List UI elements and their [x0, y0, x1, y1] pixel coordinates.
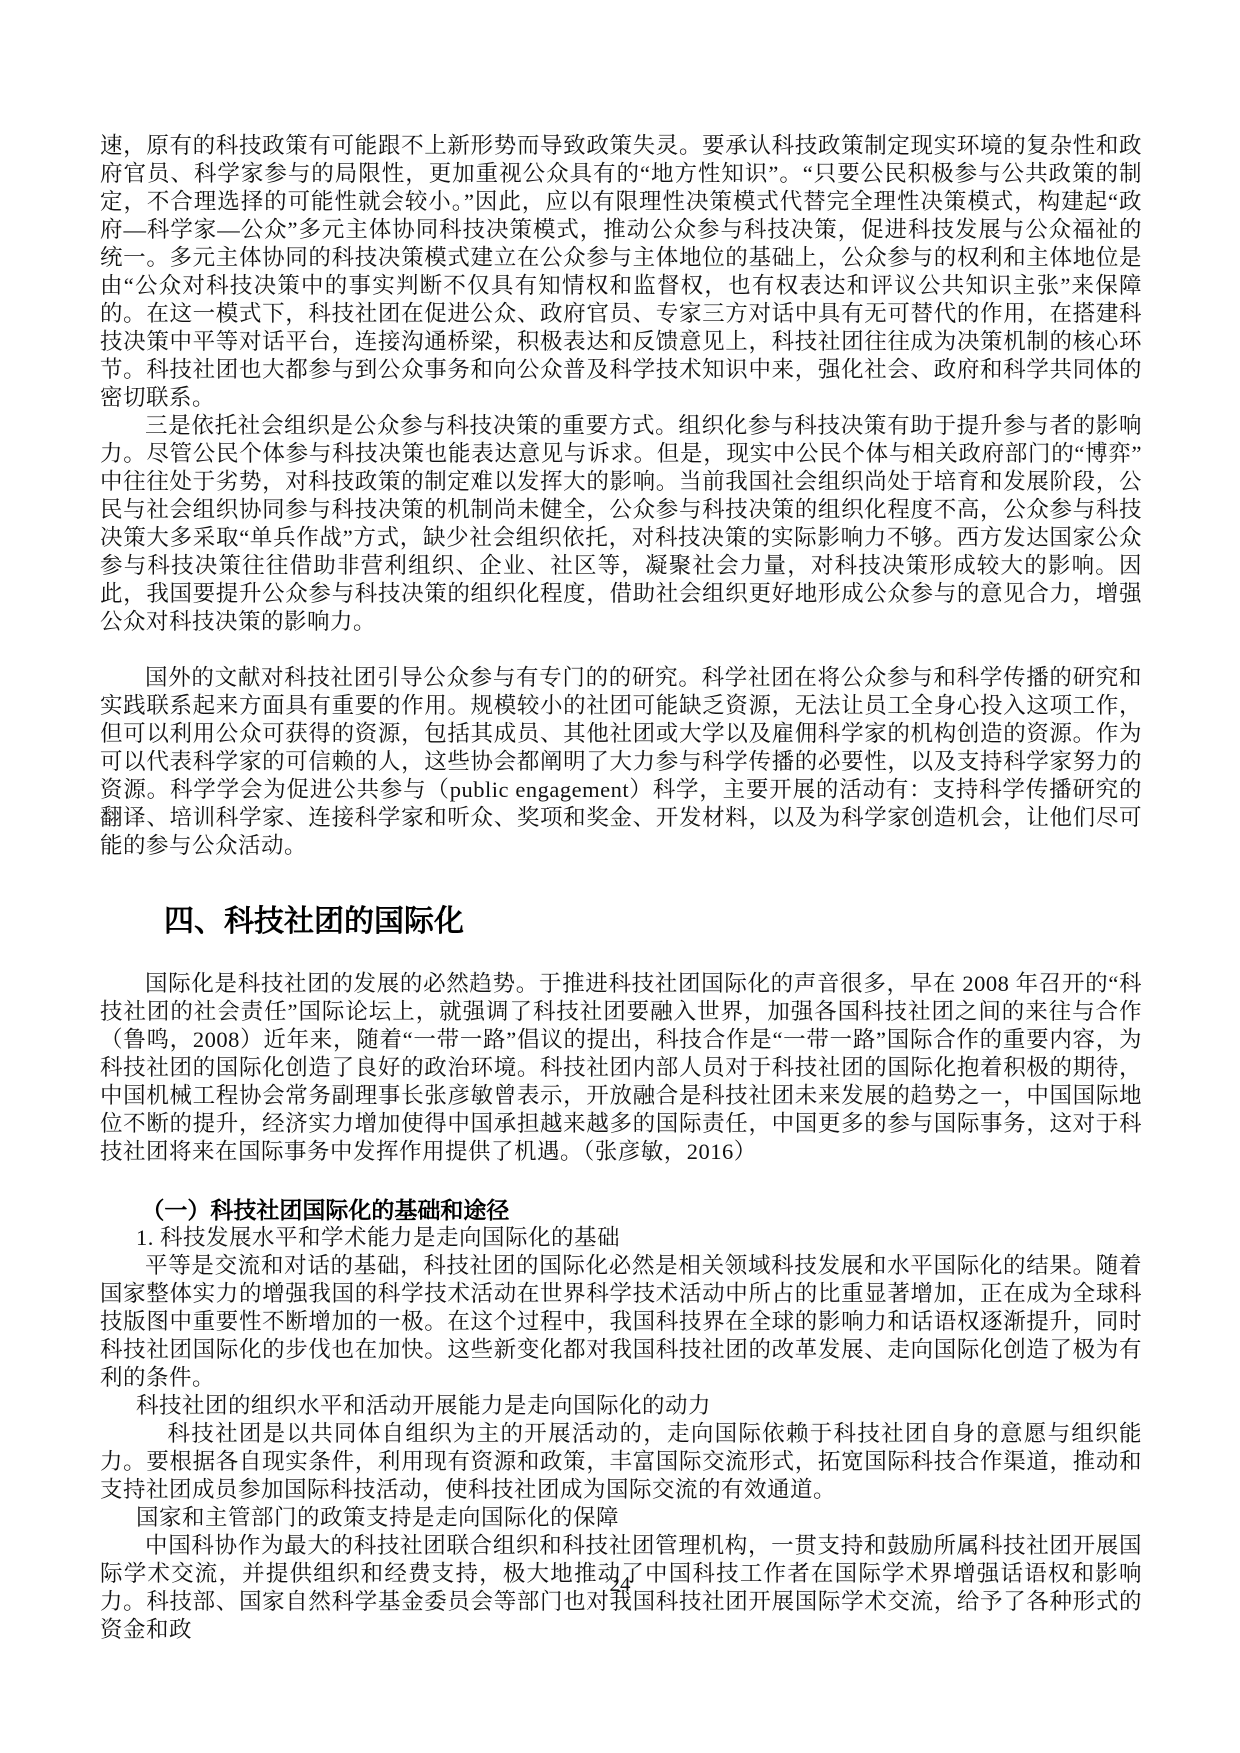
paragraph-self-organization: 科技社团是以共同体自组织为主的开展活动的，走向国际依赖于科技社团自身的意愿与组织… — [100, 1420, 1142, 1504]
paragraph-policy-continuation: 速，原有的科技政策有可能跟不上新形势而导致政策失灵。要承认科技政策制定现实环境的… — [100, 132, 1142, 412]
paragraph-foreign-literature: 国外的文献对科技社团引导公众参与有专门的的研究。科学社团在将公众参与和科学传播的… — [100, 664, 1142, 860]
section-heading-internationalization: 四、科技社团的国际化 — [164, 904, 1142, 940]
document-page: 速，原有的科技政策有可能跟不上新形势而导致政策失灵。要承认科技政策制定现实环境的… — [0, 0, 1240, 1753]
paragraph-internationalization-trend: 国际化是科技社团的发展的必然趋势。于推进科技社团国际化的声音很多，早在 2008… — [100, 970, 1142, 1166]
page-number: 24 — [0, 1572, 1240, 1597]
item-title-tech-level: 1. 科技发展水平和学术能力是走向国际化的基础 — [100, 1224, 1142, 1252]
sub-heading-basis-and-paths: （一）科技社团国际化的基础和途径 — [100, 1196, 1142, 1224]
item-title-policy-support: 国家和主管部门的政策支持是走向国际化的保障 — [100, 1504, 1142, 1532]
paragraph-third-way: 三是依托社会组织是公众参与科技决策的重要方式。组织化参与科技决策有助于提升参与者… — [100, 412, 1142, 636]
item-title-organizational-capacity: 科技社团的组织水平和活动开展能力是走向国际化的动力 — [100, 1392, 1142, 1420]
document-body: 速，原有的科技政策有可能跟不上新形势而导致政策失灵。要承认科技政策制定现实环境的… — [100, 132, 1142, 1644]
paragraph-equality-basis: 平等是交流和对话的基础，科技社团的国际化必然是相关领域科技发展和水平国际化的结果… — [100, 1252, 1142, 1392]
